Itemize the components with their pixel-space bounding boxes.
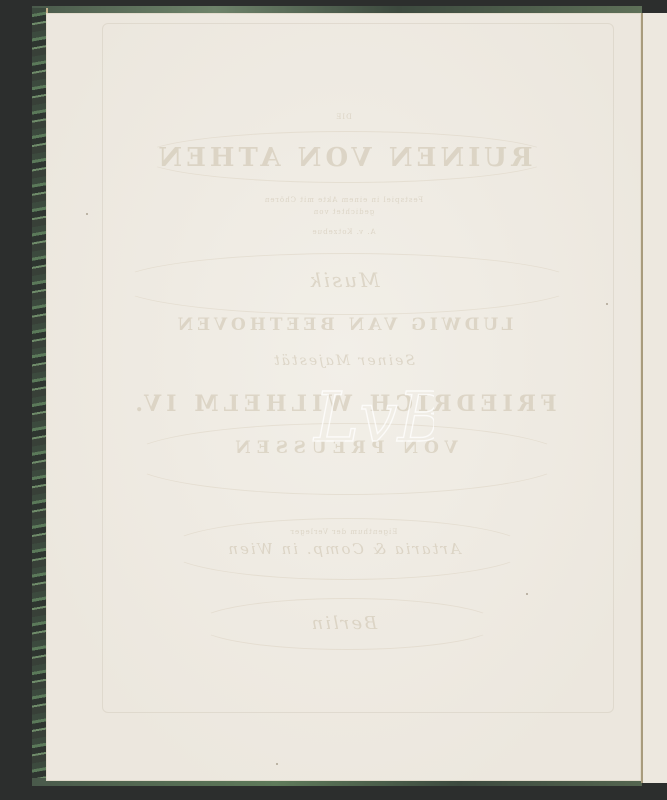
paper-speck [526,593,528,595]
book-page: DIE RUINEN VON ATHEN Festspiel in einem … [46,13,641,781]
bleed-dedication: Seiner Majestät [46,353,641,369]
next-leaf-edge [641,13,667,783]
bleed-subtitle-2: gedichtet von [46,208,641,216]
flourish [196,598,498,650]
paper-speck [606,303,608,305]
flourish [166,518,528,580]
monogram-text: LvB [312,379,434,458]
paper-speck [86,213,88,215]
paper-speck [276,763,278,765]
bleed-title: RUINEN VON ATHEN [46,143,641,173]
bleed-composer: LUDWIG VAN BEETHOVEN [46,315,641,335]
bleed-subtitle-3: A. v. Kotzebue [46,228,641,236]
bleed-music-label: Musik [46,268,641,292]
lvb-monogram-emboss: LvB [304,373,434,463]
bleed-line-die: DIE [46,113,641,121]
bleed-subtitle-1: Festspiel in einem Akte mit Chören [46,196,641,204]
